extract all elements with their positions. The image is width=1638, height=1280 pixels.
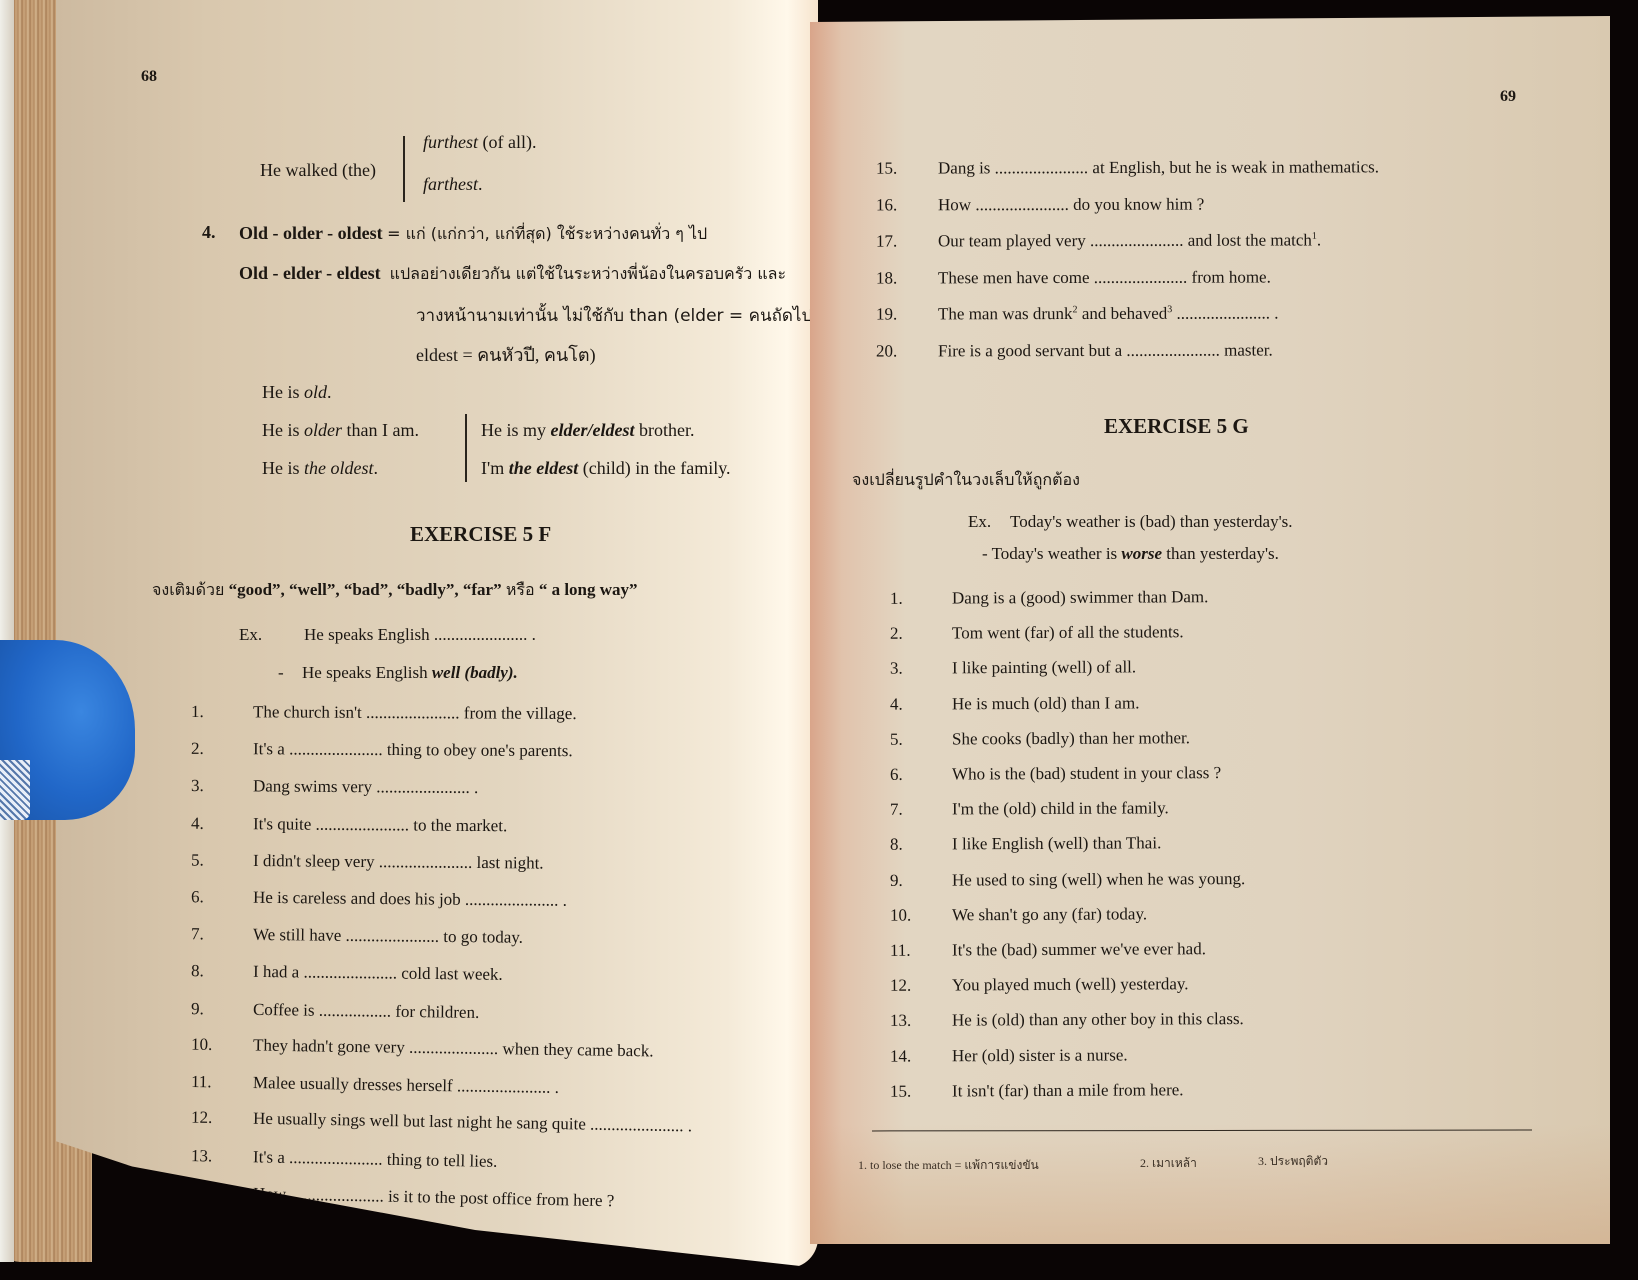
page-edge-highlight	[0, 0, 14, 1262]
item-number: 11.	[890, 941, 952, 961]
exercise-item: 18.These men have come .................…	[876, 267, 1271, 288]
point4-line2: Old - elder - eldest แปลอย่างเดียวกัน แต…	[239, 262, 786, 287]
right-page: 69 15.Dang is ...................... at …	[810, 16, 1610, 1244]
point4-line1: Old - older - oldest = แก่ (แก่กว่า, แก่…	[239, 222, 707, 247]
item-text-cont: and behaved	[1078, 304, 1168, 323]
exercise-item: 9.He used to sing (well) when he was you…	[890, 869, 1245, 891]
item-text: Dang swims very ...................... .	[253, 777, 478, 798]
item-number: 10.	[890, 905, 952, 925]
item-number: 12.	[890, 976, 952, 996]
footnote-3: 3. ประพฤติตัว	[1258, 1152, 1328, 1171]
item-text: The church isn't ...................... …	[253, 702, 577, 723]
item-number: 15.	[876, 158, 938, 178]
item-number: 15.	[890, 1081, 952, 1101]
item-number: 16.	[876, 195, 938, 215]
item-text: I like painting (well) of all.	[952, 658, 1136, 678]
item-text: He is (old) than any other boy in this c…	[952, 1009, 1244, 1030]
exercise-item: 10.They hadn't gone very ...............…	[191, 1034, 654, 1061]
further-option-2: farthest.	[423, 174, 483, 195]
footnote-rule	[872, 1130, 1532, 1132]
item-text: Fire is a good servant but a ...........…	[938, 340, 1273, 360]
item-number: 3.	[890, 659, 952, 679]
exercise-item: 15.Dang is ...................... at Eng…	[876, 157, 1379, 178]
item-number: 7.	[890, 800, 952, 820]
item-number: 3.	[191, 776, 253, 796]
item-text: I didn't sleep very ....................…	[253, 851, 544, 873]
item-text: He is much (old) than I am.	[952, 693, 1140, 713]
item-number: 8.	[890, 835, 952, 855]
example-text: Today's weather is (bad) than yesterday'…	[998, 512, 1293, 532]
item-text: It's a ...................... thing to t…	[253, 1148, 498, 1172]
exercise-item: 7.We still have ...................... t…	[191, 924, 523, 947]
item-number: 17.	[876, 231, 938, 251]
exercise-item: 6.Who is the (bad) student in your class…	[890, 763, 1221, 785]
item-number: 7.	[191, 924, 253, 945]
old-example-single: He is old.	[262, 382, 332, 403]
exercise-item: 3.Dang swims very ......................…	[191, 776, 478, 798]
old-example-right-2: I'm the eldest (child) in the family.	[481, 458, 731, 479]
item-number: 6.	[890, 765, 952, 785]
exercise-item: 14.Her (old) sister is a nurse.	[890, 1045, 1128, 1066]
exercise-item: 19.The man was drunk2 and behaved3 .....…	[876, 303, 1279, 324]
example-answer-dash: -	[278, 663, 284, 683]
item-number: 9.	[191, 999, 253, 1020]
exercise-5g-instruction: จงเปลี่ยนรูปคำในวงเล็บให้ถูกต้อง	[852, 468, 1080, 493]
item-text: Our team played very ...................…	[938, 230, 1312, 250]
divider-bar	[403, 136, 405, 202]
item-text: Dang is ...................... at Englis…	[938, 157, 1379, 177]
item-number: 19.	[876, 304, 938, 324]
exercise-item: 7.I'm the (old) child in the family.	[890, 798, 1169, 819]
exercise-item: 5.She cooks (badly) than her mother.	[890, 728, 1190, 750]
item-text: Who is the (bad) student in your class ?	[952, 763, 1221, 783]
exercise-item: 6.He is careless and does his job ......…	[191, 887, 567, 911]
item-text: You played much (well) yesterday.	[952, 974, 1189, 994]
page-number: 68	[141, 68, 157, 86]
footnote-2: 2. เมาเหล้า	[1140, 1154, 1197, 1173]
item-number: 5.	[191, 850, 253, 871]
exercise-item: 5.I didn't sleep very ..................…	[191, 850, 544, 873]
footnote-1: 1. to lose the match = แพ้การแข่งขัน	[858, 1156, 1039, 1175]
point4-line4: eldest = คนหัวปี, คนโต)	[416, 340, 596, 369]
exercise-item: 8.I like English (well) than Thai.	[890, 834, 1161, 855]
exercise-item: 13.He is (old) than any other boy in thi…	[890, 1009, 1244, 1031]
exercise-item: 12.He usually sings well but last night …	[191, 1108, 692, 1137]
item-text: These men have come ....................…	[938, 267, 1271, 287]
item-number: 12.	[191, 1108, 253, 1129]
exercise-item: 4.It's quite ...................... to t…	[191, 813, 507, 835]
item-text: I had a ...................... cold last…	[253, 962, 503, 984]
item-text: I like English (well) than Thai.	[952, 834, 1161, 854]
exercise-item: 1.Dang is a (good) swimmer than Dam.	[890, 587, 1208, 609]
exercise-5g-title: EXERCISE 5 G	[1104, 414, 1249, 439]
item-number: 8.	[191, 962, 253, 983]
item-text: Dang is a (good) swimmer than Dam.	[952, 587, 1208, 607]
exercise-item: 12.You played much (well) yesterday.	[890, 974, 1189, 996]
old-example-left-2: He is the oldest.	[262, 458, 378, 479]
further-option-1: furthest (of all).	[423, 132, 537, 153]
glove-knit-cuff	[0, 760, 30, 820]
item-text: It's quite ...................... to the…	[253, 814, 507, 835]
item-number: 2.	[191, 739, 253, 759]
point-number: 4.	[202, 222, 216, 243]
item-text: How ...................... is it to the …	[253, 1184, 615, 1210]
item-text-end: .	[1317, 230, 1321, 249]
exercise-item: 3.I like painting (well) of all.	[890, 658, 1136, 679]
item-number: 6.	[191, 887, 253, 908]
old-example-right-1: He is my elder/eldest brother.	[481, 420, 694, 441]
exercise-item: 14.How ...................... is it to t…	[191, 1182, 615, 1211]
item-text: She cooks (badly) than her mother.	[952, 728, 1190, 748]
exercise-item: 1.The church isn't .....................…	[191, 702, 577, 724]
example-text: He speaks English ......................…	[304, 625, 536, 645]
item-text-end: ...................... .	[1172, 303, 1278, 322]
item-text: I'm the (old) child in the family.	[952, 798, 1169, 818]
item-number: 2.	[890, 624, 952, 644]
exercise-5f-instruction: จงเติมด้วย “good”, “well”, “bad”, “badly…	[152, 578, 638, 603]
item-text: He used to sing (well) when he was young…	[952, 869, 1245, 890]
item-number: 1.	[890, 589, 952, 609]
exercise-item: 2.Tom went (far) of all the students.	[890, 622, 1184, 644]
item-number: 1.	[191, 702, 253, 722]
item-number: 9.	[890, 870, 952, 890]
item-text: Malee usually dresses herself ..........…	[253, 1073, 559, 1097]
exercise-item: 17.Our team played very ................…	[876, 230, 1321, 251]
page-number: 69	[1500, 88, 1516, 106]
item-text: The man was drunk	[938, 304, 1073, 323]
example-answer: He speaks English well (badly).	[302, 663, 518, 683]
further-example-subject: He walked (the)	[260, 160, 376, 181]
item-number: 14.	[890, 1046, 952, 1066]
item-number: 4.	[191, 813, 253, 833]
item-number: 5.	[890, 729, 952, 749]
exercise-item: 20.Fire is a good servant but a ........…	[876, 340, 1273, 361]
item-text: Her (old) sister is a nurse.	[952, 1045, 1128, 1065]
example-label: Ex.	[239, 625, 262, 645]
item-text: They hadn't gone very ..................…	[253, 1035, 654, 1060]
exercise-item: 2.It's a ...................... thing to…	[191, 739, 573, 761]
exercise-5f-title: EXERCISE 5 F	[410, 522, 551, 547]
left-page: 68 He walked (the) furthest (of all). fa…	[56, 0, 818, 1268]
item-number: 18.	[876, 268, 938, 288]
item-text: Coffee is ................. for children…	[253, 1000, 480, 1022]
exercise-item: 13.It's a ...................... thing t…	[191, 1147, 498, 1173]
example-label: Ex.	[968, 512, 991, 532]
item-number: 10.	[191, 1034, 253, 1055]
item-number: 14.	[191, 1182, 253, 1203]
exercise-item: 8.I had a ...................... cold la…	[191, 962, 503, 986]
item-text: It's a ...................... thing to o…	[253, 739, 573, 760]
item-number: 13.	[191, 1147, 253, 1168]
item-text: Tom went (far) of all the students.	[952, 622, 1184, 642]
item-text: How ...................... do you know h…	[938, 194, 1204, 214]
exercise-item: 11.It's the (bad) summer we've ever had.	[890, 939, 1206, 961]
exercise-item: 16.How ...................... do you kno…	[876, 194, 1204, 215]
example-answer: - Today's weather is worse than yesterda…	[982, 544, 1279, 564]
item-number: 11.	[191, 1072, 253, 1093]
exercise-item: 10.We shan't go any (far) today.	[890, 904, 1147, 925]
old-example-left-1: He is older than I am.	[262, 420, 419, 441]
item-text: He usually sings well but last night he …	[253, 1109, 692, 1136]
item-text: It isn't (far) than a mile from here.	[952, 1080, 1184, 1100]
item-text: We shan't go any (far) today.	[952, 904, 1147, 924]
exercise-item: 4.He is much (old) than I am.	[890, 693, 1140, 714]
exercise-item: 9.Coffee is ................. for childr…	[191, 999, 480, 1023]
item-number: 13.	[890, 1011, 952, 1031]
item-text: He is careless and does his job ........…	[253, 888, 567, 910]
point4-line3: วางหน้านามเท่านั้น ไม่ใช้กับ than (elder…	[416, 302, 812, 329]
item-number: 4.	[890, 694, 952, 714]
item-number: 20.	[876, 341, 938, 361]
item-text: It's the (bad) summer we've ever had.	[952, 939, 1206, 959]
exercise-item: 15.It isn't (far) than a mile from here.	[890, 1080, 1184, 1102]
divider-bar	[465, 414, 467, 482]
item-text: We still have ...................... to …	[253, 925, 523, 947]
exercise-item: 11.Malee usually dresses herself .......…	[191, 1072, 559, 1098]
